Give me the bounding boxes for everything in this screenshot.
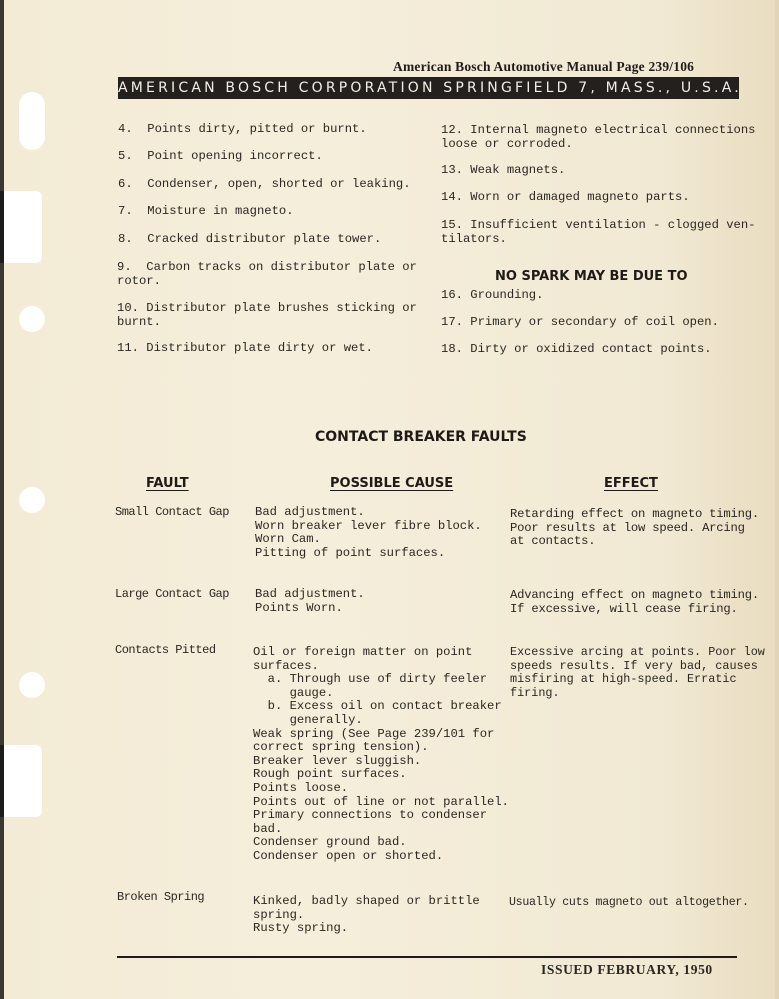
column-header-cause: POSSIBLE CAUSE bbox=[330, 476, 453, 491]
list-item: 7. Moisture in magneto. bbox=[118, 204, 294, 218]
list-item: 8. Cracked distributor plate tower. bbox=[118, 232, 381, 246]
list-item: 4. Points dirty, pitted or burnt. bbox=[118, 122, 367, 136]
cause-cell: Kinked, badly shaped or brittle spring. … bbox=[253, 895, 480, 936]
cause-cell: Bad adjustment. Points Worn. bbox=[255, 588, 365, 615]
list-item: 6. Condenser, open, shorted or leaking. bbox=[118, 177, 411, 191]
list-item: 14. Worn or damaged magneto parts. bbox=[441, 190, 690, 204]
effect-cell: Retarding effect on magneto timing. Poor… bbox=[510, 508, 759, 549]
binder-hole-round bbox=[19, 672, 45, 698]
fault-cell: Broken Spring bbox=[117, 891, 204, 905]
list-item: 11. Distributor plate dirty or wet. bbox=[117, 341, 373, 355]
binder-hole-oval bbox=[19, 92, 45, 150]
manual-page: American Bosch Automotive Manual Page 23… bbox=[0, 0, 779, 999]
column-header-effect: EFFECT bbox=[604, 476, 658, 491]
effect-cell: Excessive arcing at points. Poor low spe… bbox=[510, 646, 765, 700]
list-item: 13. Weak magnets. bbox=[441, 163, 565, 177]
list-item: 16. Grounding. bbox=[441, 288, 543, 302]
page-right-edge bbox=[775, 0, 779, 999]
issued-date: ISSUED FEBRUARY, 1950 bbox=[541, 962, 713, 978]
table-title: CONTACT BREAKER FAULTS bbox=[315, 429, 527, 445]
corporate-banner: AMERICAN BOSCH CORPORATION SPRINGFIELD 7… bbox=[118, 77, 739, 99]
running-header: American Bosch Automotive Manual Page 23… bbox=[393, 59, 694, 75]
list-item: 17. Primary or secondary of coil open. bbox=[441, 315, 719, 329]
fault-cell: Contacts Pitted bbox=[115, 644, 216, 658]
list-item: 5. Point opening incorrect. bbox=[118, 149, 323, 163]
list-item: 9. Carbon tracks on distributor plate or… bbox=[117, 260, 417, 288]
cause-cell: Oil or foreign matter on point surfaces.… bbox=[253, 646, 509, 864]
page-left-edge bbox=[0, 0, 4, 999]
binder-hole-round bbox=[19, 487, 45, 513]
fault-cell: Large Contact Gap bbox=[115, 588, 229, 602]
binder-hole-round bbox=[19, 306, 45, 332]
list-item: 15. Insufficient ventilation - clogged v… bbox=[441, 218, 756, 246]
binder-tab-notch bbox=[0, 745, 42, 817]
fault-cell: Small Contact Gap bbox=[115, 506, 229, 520]
effect-cell: Usually cuts magneto out altogether. bbox=[509, 896, 749, 910]
list-item: 10. Distributor plate brushes sticking o… bbox=[117, 301, 417, 329]
column-header-fault: FAULT bbox=[146, 476, 189, 491]
no-spark-heading: NO SPARK MAY BE DUE TO bbox=[495, 269, 688, 284]
list-item: 18. Dirty or oxidized contact points. bbox=[441, 342, 712, 356]
binder-tab-notch bbox=[0, 191, 42, 263]
footer-rule bbox=[117, 956, 737, 958]
cause-cell: Bad adjustment. Worn breaker lever fibre… bbox=[255, 506, 482, 560]
effect-cell: Advancing effect on magneto timing. If e… bbox=[510, 589, 759, 616]
list-item: 12. Internal magneto electrical connecti… bbox=[441, 123, 756, 151]
